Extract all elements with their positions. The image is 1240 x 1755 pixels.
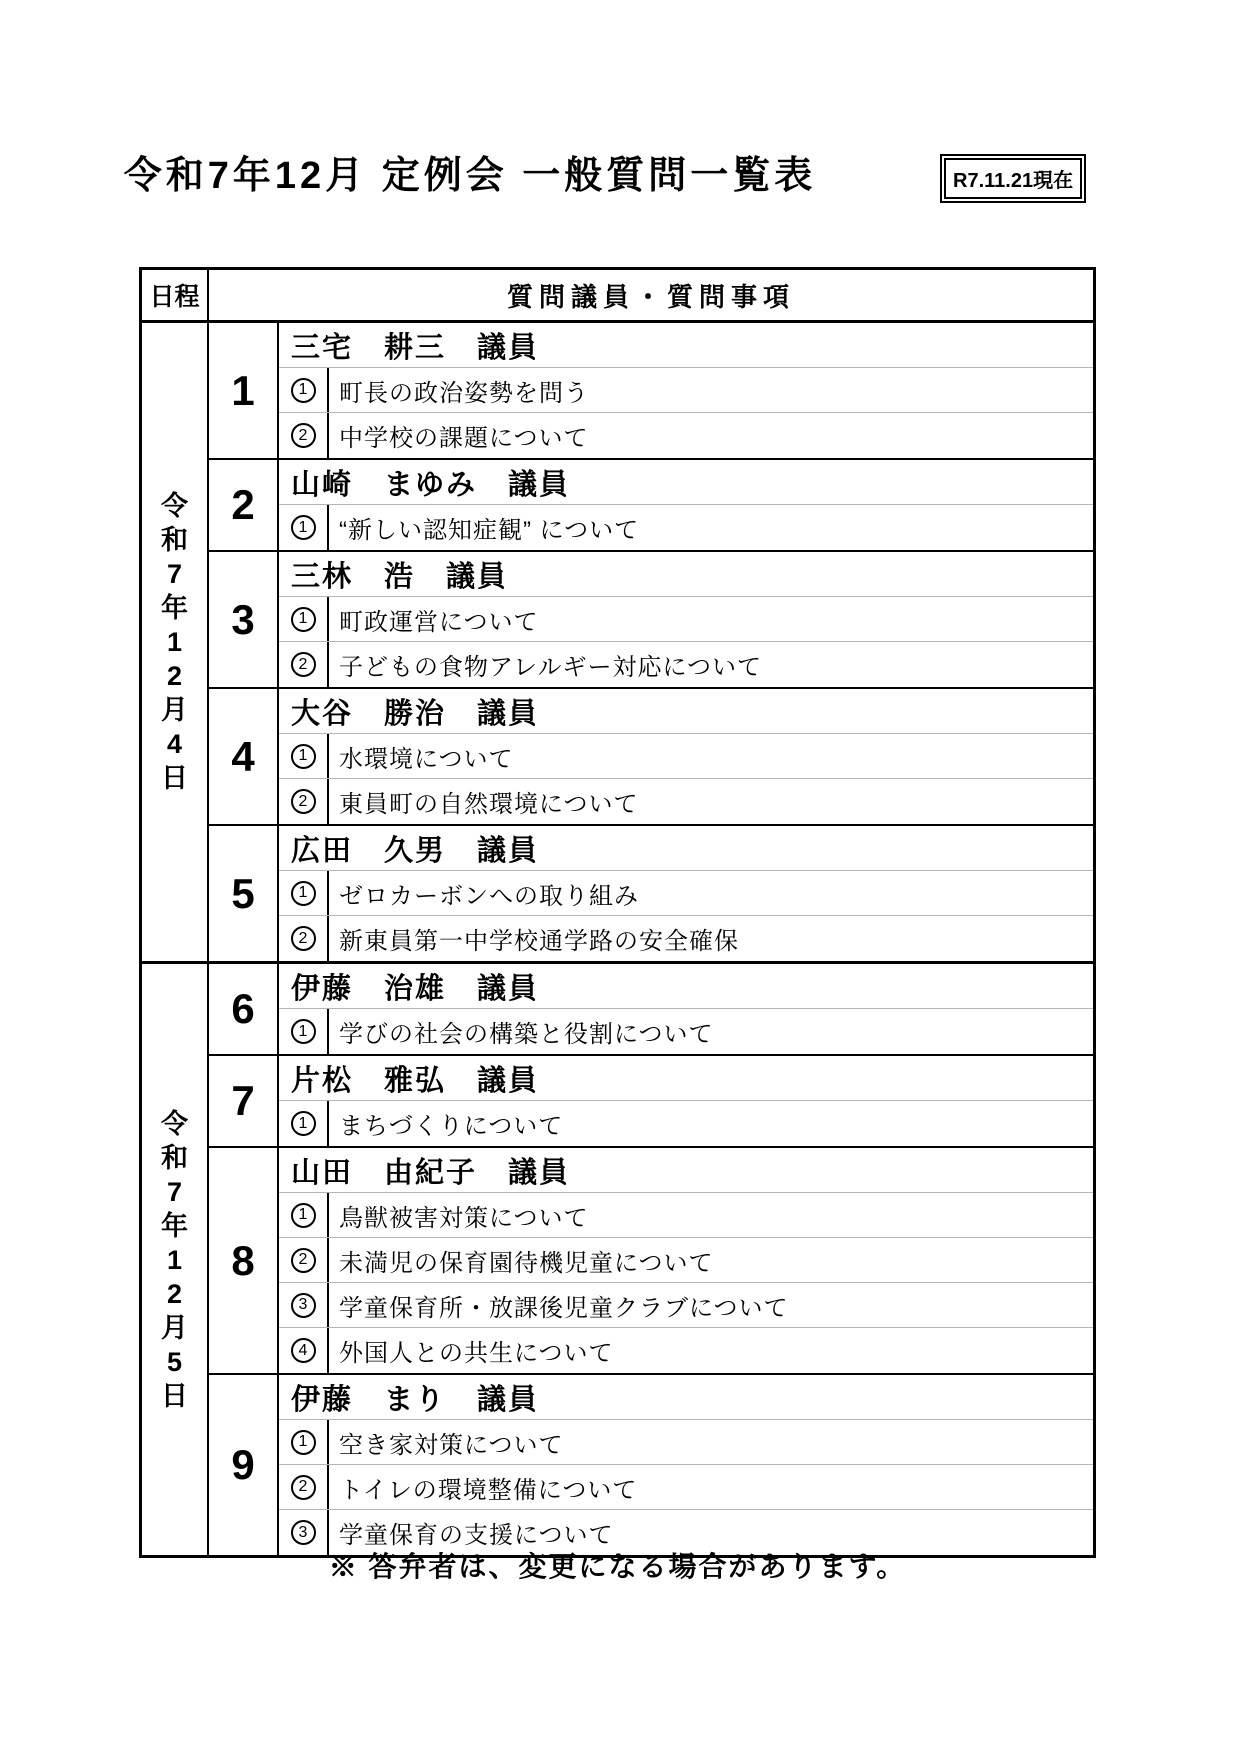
question-item-row: 2 中学校の課題について [279,413,1093,458]
question-item-row: 1 町政運営について [279,597,1093,642]
date-group: 令和7年12月5日 6 伊藤 治雄 議員 1 学びの社会の構築と役割について 7… [142,964,1093,1555]
question-item-row: 2 未満児の保育園待機児童について [279,1238,1093,1283]
item-mark-cell: 1 [279,734,329,778]
item-text: 学びの社会の構築と役割について [329,1009,1093,1054]
circled-number-icon: 2 [291,926,316,951]
member-rows: 山田 由紀子 議員 1 鳥獣被害対策について 2 未満児の保育園待機児童について… [279,1148,1093,1373]
question-item-row: 2 東員町の自然環境について [279,779,1093,824]
member-name: 伊藤 治雄 議員 [279,964,1093,1009]
member-block: 8 山田 由紀子 議員 1 鳥獣被害対策について 2 未満児の保育園待機児童につ… [209,1148,1093,1375]
member-number: 5 [209,826,279,961]
circled-number-icon: 1 [291,1019,316,1044]
date-group: 令和7年12月4日 1 三宅 耕三 議員 1 町長の政治姿勢を問う 2 中学校の… [142,323,1093,964]
member-number: 8 [209,1148,279,1373]
item-mark-cell: 2 [279,1238,329,1282]
footer-note: ※ 答弁者は、変更になる場合があります。 [139,1545,1096,1585]
member-block: 3 三林 浩 議員 1 町政運営について 2 子どもの食物アレルギー対応について [209,552,1093,689]
header-main-label: 質問議員・質問事項 [209,270,1093,320]
item-mark-cell: 1 [279,1009,329,1054]
item-text: 新東員第一中学校通学路の安全確保 [329,916,1093,961]
circled-number-icon: 1 [291,378,316,403]
member-name: 大谷 勝治 議員 [279,689,1093,734]
member-rows: 片松 雅弘 議員 1 まちづくりについて [279,1056,1093,1146]
table-header-row: 日程 質問議員・質問事項 [142,270,1093,323]
circled-number-icon: 1 [291,607,316,632]
member-block: 4 大谷 勝治 議員 1 水環境について 2 東員町の自然環境について [209,689,1093,826]
member-number: 6 [209,964,279,1054]
question-item-row: 1 鳥獣被害対策について [279,1193,1093,1238]
item-text: 東員町の自然環境について [329,779,1093,824]
item-text: 外国人との共生について [329,1328,1093,1373]
item-mark-cell: 4 [279,1328,329,1373]
member-number: 2 [209,460,279,550]
item-text: 未満児の保育園待機児童について [329,1238,1093,1282]
item-text: 町長の政治姿勢を問う [329,368,1093,412]
item-mark-cell: 1 [279,597,329,641]
member-number: 7 [209,1056,279,1146]
member-rows: 大谷 勝治 議員 1 水環境について 2 東員町の自然環境について [279,689,1093,824]
circled-number-icon: 2 [291,652,316,677]
item-mark-cell: 2 [279,413,329,458]
member-name: 三宅 耕三 議員 [279,323,1093,368]
question-item-row: 2 子どもの食物アレルギー対応について [279,642,1093,687]
date-cell: 令和7年12月5日 [142,964,209,1555]
item-text: “新しい認知症観” について [329,505,1093,550]
question-item-row: 1 まちづくりについて [279,1101,1093,1146]
member-block: 7 片松 雅弘 議員 1 まちづくりについて [209,1056,1093,1148]
circled-number-icon: 1 [291,1111,316,1136]
item-mark-cell: 3 [279,1283,329,1327]
member-rows: 広田 久男 議員 1 ゼロカーボンへの取り組み 2 新東員第一中学校通学路の安全… [279,826,1093,961]
item-mark-cell: 1 [279,1420,329,1464]
as-of-date-label: R7.11.21現在 [944,158,1082,199]
item-mark-cell: 1 [279,1101,329,1146]
member-number: 4 [209,689,279,824]
item-text: 子どもの食物アレルギー対応について [329,642,1093,687]
table-body: 令和7年12月4日 1 三宅 耕三 議員 1 町長の政治姿勢を問う 2 中学校の… [142,323,1093,1555]
item-mark-cell: 2 [279,642,329,687]
member-rows: 山崎 まゆみ 議員 1 “新しい認知症観” について [279,460,1093,550]
members: 6 伊藤 治雄 議員 1 学びの社会の構築と役割について 7 片松 雅弘 議員 … [209,964,1093,1555]
item-mark-cell: 2 [279,1465,329,1509]
item-text: 空き家対策について [329,1420,1093,1464]
item-text: 水環境について [329,734,1093,778]
member-number: 1 [209,323,279,458]
member-number: 9 [209,1375,279,1555]
question-list-table: 日程 質問議員・質問事項 令和7年12月4日 1 三宅 耕三 議員 1 町長の政… [139,267,1096,1558]
member-name: 山田 由紀子 議員 [279,1148,1093,1193]
as-of-date-box: R7.11.21現在 [940,154,1086,203]
circled-number-icon: 1 [291,1203,316,1228]
member-block: 1 三宅 耕三 議員 1 町長の政治姿勢を問う 2 中学校の課題について [209,323,1093,460]
member-rows: 伊藤 治雄 議員 1 学びの社会の構築と役割について [279,964,1093,1054]
item-mark-cell: 2 [279,916,329,961]
member-name: 伊藤 まり 議員 [279,1375,1093,1420]
item-text: 町政運営について [329,597,1093,641]
header-schedule-label: 日程 [142,270,209,320]
question-item-row: 1 水環境について [279,734,1093,779]
member-name: 広田 久男 議員 [279,826,1093,871]
member-number: 3 [209,552,279,687]
question-item-row: 4 外国人との共生について [279,1328,1093,1373]
item-mark-cell: 1 [279,368,329,412]
member-name: 山崎 まゆみ 議員 [279,460,1093,505]
question-item-row: 2 新東員第一中学校通学路の安全確保 [279,916,1093,961]
date-cell: 令和7年12月4日 [142,323,209,961]
circled-number-icon: 2 [291,1248,316,1273]
circled-number-icon: 1 [291,515,316,540]
member-name: 片松 雅弘 議員 [279,1056,1093,1101]
circled-number-icon: 2 [291,789,316,814]
item-mark-cell: 1 [279,871,329,915]
circled-number-icon: 4 [291,1338,316,1363]
page-title: 令和7年12月 定例会 一般質問一覧表 [0,144,940,199]
circled-number-icon: 2 [291,1475,316,1500]
question-item-row: 1 学びの社会の構築と役割について [279,1009,1093,1054]
question-item-row: 1 “新しい認知症観” について [279,505,1093,550]
item-text: 学童保育所・放課後児童クラブについて [329,1283,1093,1327]
item-mark-cell: 2 [279,779,329,824]
item-text: 鳥獣被害対策について [329,1193,1093,1237]
item-text: トイレの環境整備について [329,1465,1093,1509]
question-item-row: 1 ゼロカーボンへの取り組み [279,871,1093,916]
member-rows: 三林 浩 議員 1 町政運営について 2 子どもの食物アレルギー対応について [279,552,1093,687]
item-text: ゼロカーボンへの取り組み [329,871,1093,915]
member-rows: 伊藤 まり 議員 1 空き家対策について 2 トイレの環境整備について 3 学童… [279,1375,1093,1555]
circled-number-icon: 3 [291,1520,316,1545]
member-block: 9 伊藤 まり 議員 1 空き家対策について 2 トイレの環境整備について 3 … [209,1375,1093,1555]
item-text: 中学校の課題について [329,413,1093,458]
question-item-row: 1 町長の政治姿勢を問う [279,368,1093,413]
question-item-row: 1 空き家対策について [279,1420,1093,1465]
question-item-row: 3 学童保育所・放課後児童クラブについて [279,1283,1093,1328]
item-mark-cell: 1 [279,505,329,550]
member-name: 三林 浩 議員 [279,552,1093,597]
circled-number-icon: 1 [291,881,316,906]
circled-number-icon: 1 [291,744,316,769]
member-block: 2 山崎 まゆみ 議員 1 “新しい認知症観” について [209,460,1093,552]
circled-number-icon: 2 [291,423,316,448]
member-rows: 三宅 耕三 議員 1 町長の政治姿勢を問う 2 中学校の課題について [279,323,1093,458]
circled-number-icon: 3 [291,1293,316,1318]
item-text: まちづくりについて [329,1101,1093,1146]
item-mark-cell: 1 [279,1193,329,1237]
circled-number-icon: 1 [291,1430,316,1455]
member-block: 5 広田 久男 議員 1 ゼロカーボンへの取り組み 2 新東員第一中学校通学路の… [209,826,1093,961]
members: 1 三宅 耕三 議員 1 町長の政治姿勢を問う 2 中学校の課題について 2 山… [209,323,1093,961]
question-item-row: 2 トイレの環境整備について [279,1465,1093,1510]
member-block: 6 伊藤 治雄 議員 1 学びの社会の構築と役割について [209,964,1093,1056]
